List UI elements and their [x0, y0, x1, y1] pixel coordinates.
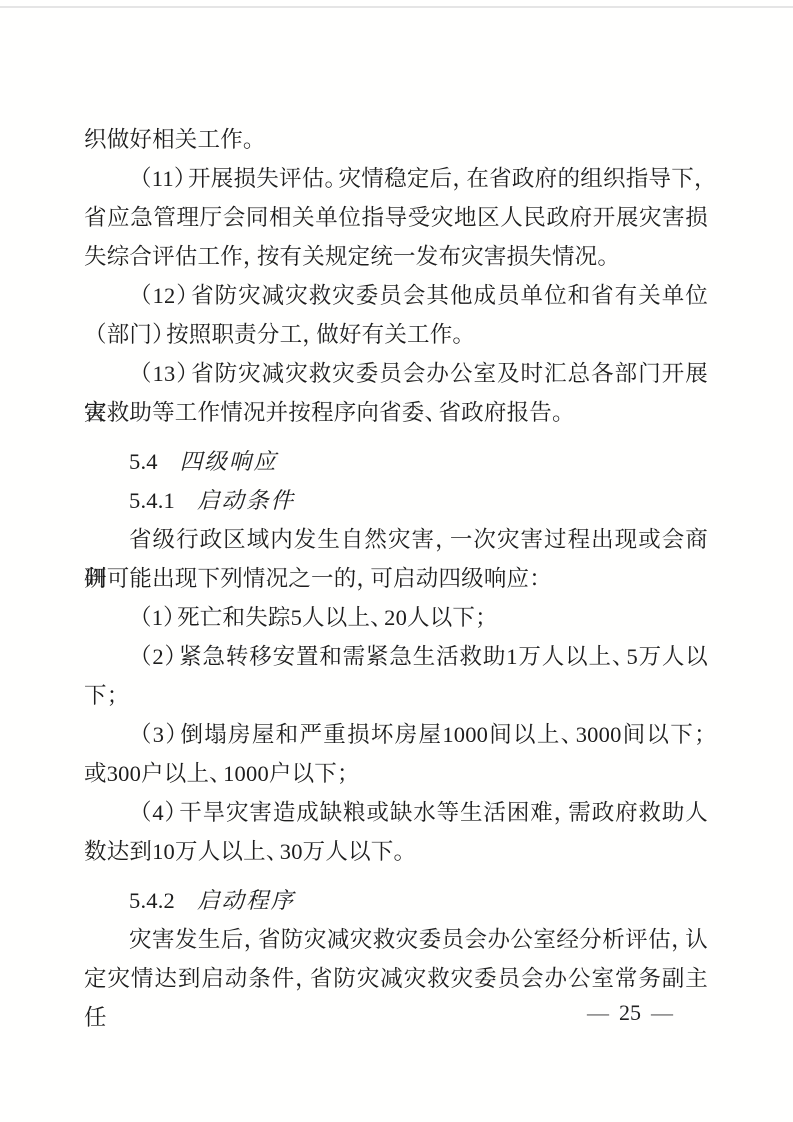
paragraph-continuation: 织做好相关工作。 — [84, 120, 708, 159]
paragraph-activation-conditions: 省级行政区域内发生自然灾害，一次灾害过程出现或会商研 判可能出现下列情况之一的，… — [84, 520, 708, 598]
text-line: 判可能出现下列情况之一的，可启动四级响应： — [84, 559, 708, 598]
paragraph-activation-procedure: 灾害发生后，省防灾减灾救灾委员会办公室经分析评估，认 定灾情达到启动条件，省防灾… — [84, 920, 708, 998]
text-line: （部门）按照职责分工，做好有关工作。 — [84, 315, 708, 354]
paragraph-item-13: （13）省防灾减灾救灾委员会办公室及时汇总各部门开展灾 害救助等工作情况并按程序… — [84, 354, 708, 432]
heading-title: 四级响应 — [180, 449, 278, 474]
text-line: 失综合评估工作，按有关规定统一发布灾害损失情况。 — [84, 237, 708, 276]
text-line: （11）开展损失评估。灾情稳定后，在省政府的组织指导下， — [84, 159, 708, 198]
section-heading-5-4: 5.4四级响应 — [84, 442, 708, 481]
heading-number: 5.4 — [129, 449, 158, 474]
heading-title: 启动程序 — [197, 888, 295, 913]
page-number: 25 — [619, 1000, 641, 1025]
text-line: 数达到10万人以上、30万人以下。 — [84, 832, 708, 871]
text-line: 灾害发生后，省防灾减灾救灾委员会办公室经分析评估，认 — [84, 920, 708, 959]
text-line: 定灾情达到启动条件，省防灾减灾救灾委员会办公室常务副主任 — [84, 959, 708, 998]
document-page: 织做好相关工作。 （11）开展损失评估。灾情稳定后，在省政府的组织指导下， 省应… — [0, 0, 793, 1122]
page-footer: —25— — [587, 999, 673, 1027]
text-line: 害救助等工作情况并按程序向省委、省政府报告。 — [84, 393, 708, 432]
section-heading-5-4-1: 5.4.1启动条件 — [84, 481, 708, 520]
paragraph-condition-1: （1）死亡和失踪5人以上、20人以下； — [84, 598, 708, 637]
text-line: 下； — [84, 676, 708, 715]
text-line: 或300户以上、1000户以下； — [84, 754, 708, 793]
heading-number: 5.4.2 — [129, 888, 175, 913]
text-line: 省级行政区域内发生自然灾害，一次灾害过程出现或会商研 — [84, 520, 708, 559]
text-line: 织做好相关工作。 — [84, 120, 708, 159]
document-body: 织做好相关工作。 （11）开展损失评估。灾情稳定后，在省政府的组织指导下， 省应… — [84, 120, 708, 998]
scan-artifact-line — [0, 6, 793, 8]
section-heading-5-4-2: 5.4.2启动程序 — [84, 881, 708, 920]
text-line: （12）省防灾减灾救灾委员会其他成员单位和省有关单位 — [84, 276, 708, 315]
paragraph-condition-4: （4）干旱灾害造成缺粮或缺水等生活困难，需政府救助人 数达到10万人以上、30万… — [84, 793, 708, 871]
heading-line: 5.4四级响应 — [84, 442, 708, 481]
text-line: （4）干旱灾害造成缺粮或缺水等生活困难，需政府救助人 — [84, 793, 708, 832]
text-line: （1）死亡和失踪5人以上、20人以下； — [84, 598, 708, 637]
footer-dash-left: — — [587, 1000, 609, 1025]
paragraph-condition-3: （3）倒塌房屋和严重损坏房屋1000间以上、3000间以下； 或300户以上、1… — [84, 715, 708, 793]
paragraph-item-12: （12）省防灾减灾救灾委员会其他成员单位和省有关单位 （部门）按照职责分工，做好… — [84, 276, 708, 354]
heading-line: 5.4.2启动程序 — [84, 881, 708, 920]
text-line: （3）倒塌房屋和严重损坏房屋1000间以上、3000间以下； — [84, 715, 708, 754]
text-line: （13）省防灾减灾救灾委员会办公室及时汇总各部门开展灾 — [84, 354, 708, 393]
heading-number: 5.4.1 — [129, 488, 175, 513]
heading-title: 启动条件 — [197, 488, 295, 513]
text-line: 省应急管理厅会同相关单位指导受灾地区人民政府开展灾害损 — [84, 198, 708, 237]
paragraph-item-11: （11）开展损失评估。灾情稳定后，在省政府的组织指导下， 省应急管理厅会同相关单… — [84, 159, 708, 276]
text-line: （2）紧急转移安置和需紧急生活救助1万人以上、5万人以 — [84, 637, 708, 676]
paragraph-condition-2: （2）紧急转移安置和需紧急生活救助1万人以上、5万人以 下； — [84, 637, 708, 715]
heading-line: 5.4.1启动条件 — [84, 481, 708, 520]
footer-dash-right: — — [651, 1000, 673, 1025]
